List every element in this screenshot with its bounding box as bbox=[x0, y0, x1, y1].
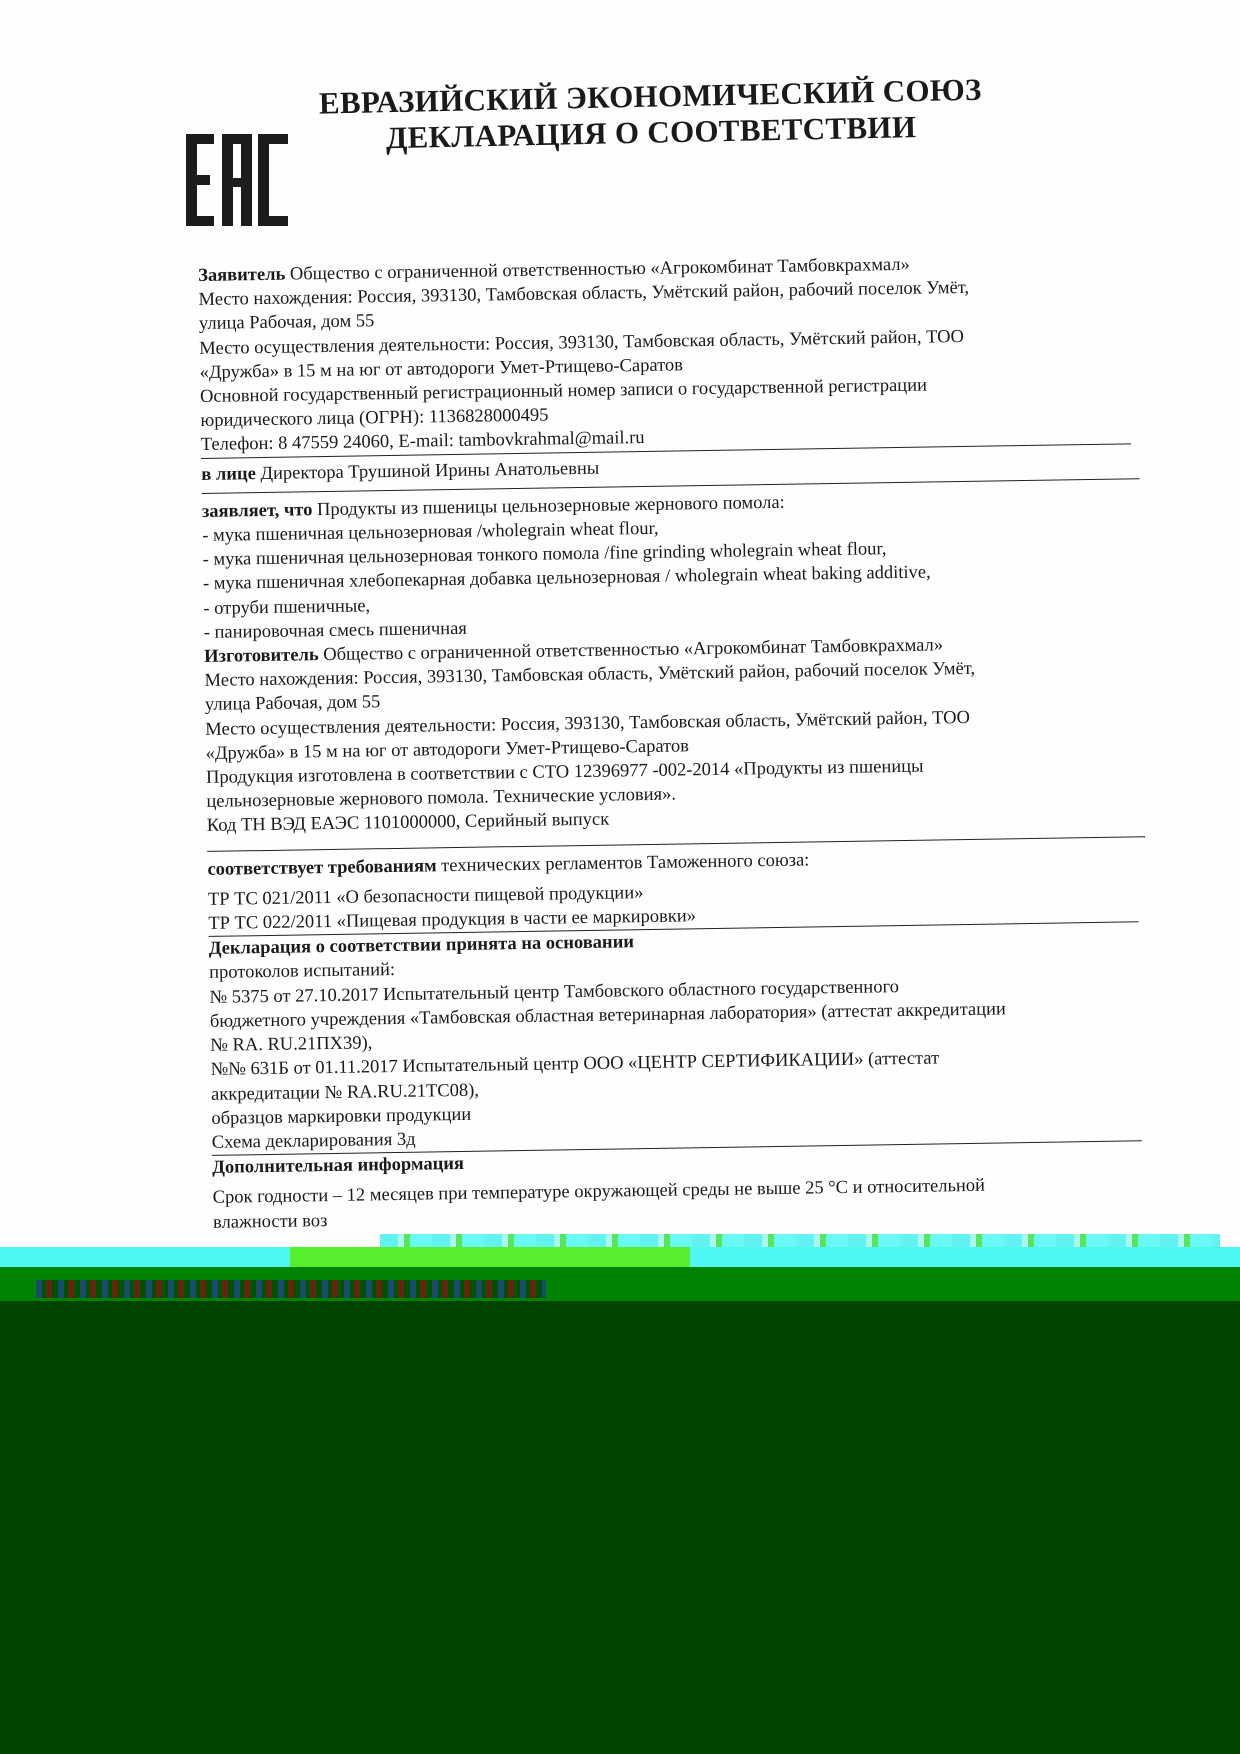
representative-value: Директора Трушиной Ирины Анатольевны bbox=[256, 458, 600, 483]
corruption-noise bbox=[290, 1247, 690, 1267]
eac-letter-a-icon bbox=[222, 134, 252, 226]
document-title: ЕВРАЗИЙСКИЙ ЭКОНОМИЧЕСКИЙ СОЮЗ ДЕКЛАРАЦИ… bbox=[300, 71, 1001, 158]
declaration-body: Заявитель Общество с ограниченной ответс… bbox=[198, 249, 1143, 1234]
manufacturer-label: Изготовитель bbox=[204, 645, 319, 667]
applicant-section: Заявитель Общество с ограниченной ответс… bbox=[198, 249, 1131, 458]
manufacturer-section: Изготовитель Общество с ограниченной отв… bbox=[204, 630, 1137, 838]
eac-logo bbox=[186, 134, 290, 226]
declares-label: заявляет, что bbox=[202, 500, 313, 522]
basis-section: Декларация о соответствии принята на осн… bbox=[209, 923, 1142, 1156]
declares-section: заявляет, что Продукты из пшеницы цельно… bbox=[202, 485, 1134, 645]
compliance-label: соответствует требованиям bbox=[207, 856, 436, 880]
eac-letter-c-icon bbox=[258, 134, 288, 226]
corrupted-region bbox=[0, 1301, 1240, 1754]
declares-value: Продукты из пшеницы цельнозерновые жерно… bbox=[312, 493, 785, 520]
compliance-section: соответствует требованиям технических ре… bbox=[207, 843, 1138, 937]
applicant-label: Заявитель bbox=[198, 265, 285, 286]
representative-label: в лице bbox=[201, 464, 256, 485]
corruption-noise bbox=[36, 1280, 546, 1298]
corruption-noise bbox=[380, 1234, 1220, 1248]
eac-letter-e-icon bbox=[186, 134, 216, 226]
compliance-value: технических регламентов Таможенного союз… bbox=[436, 850, 809, 876]
additional-section: Дополнительная информация Срок годности … bbox=[212, 1141, 1143, 1234]
declaration-page: ЕВРАЗИЙСКИЙ ЭКОНОМИЧЕСКИЙ СОЮЗ ДЕКЛАРАЦИ… bbox=[0, 0, 1240, 1754]
